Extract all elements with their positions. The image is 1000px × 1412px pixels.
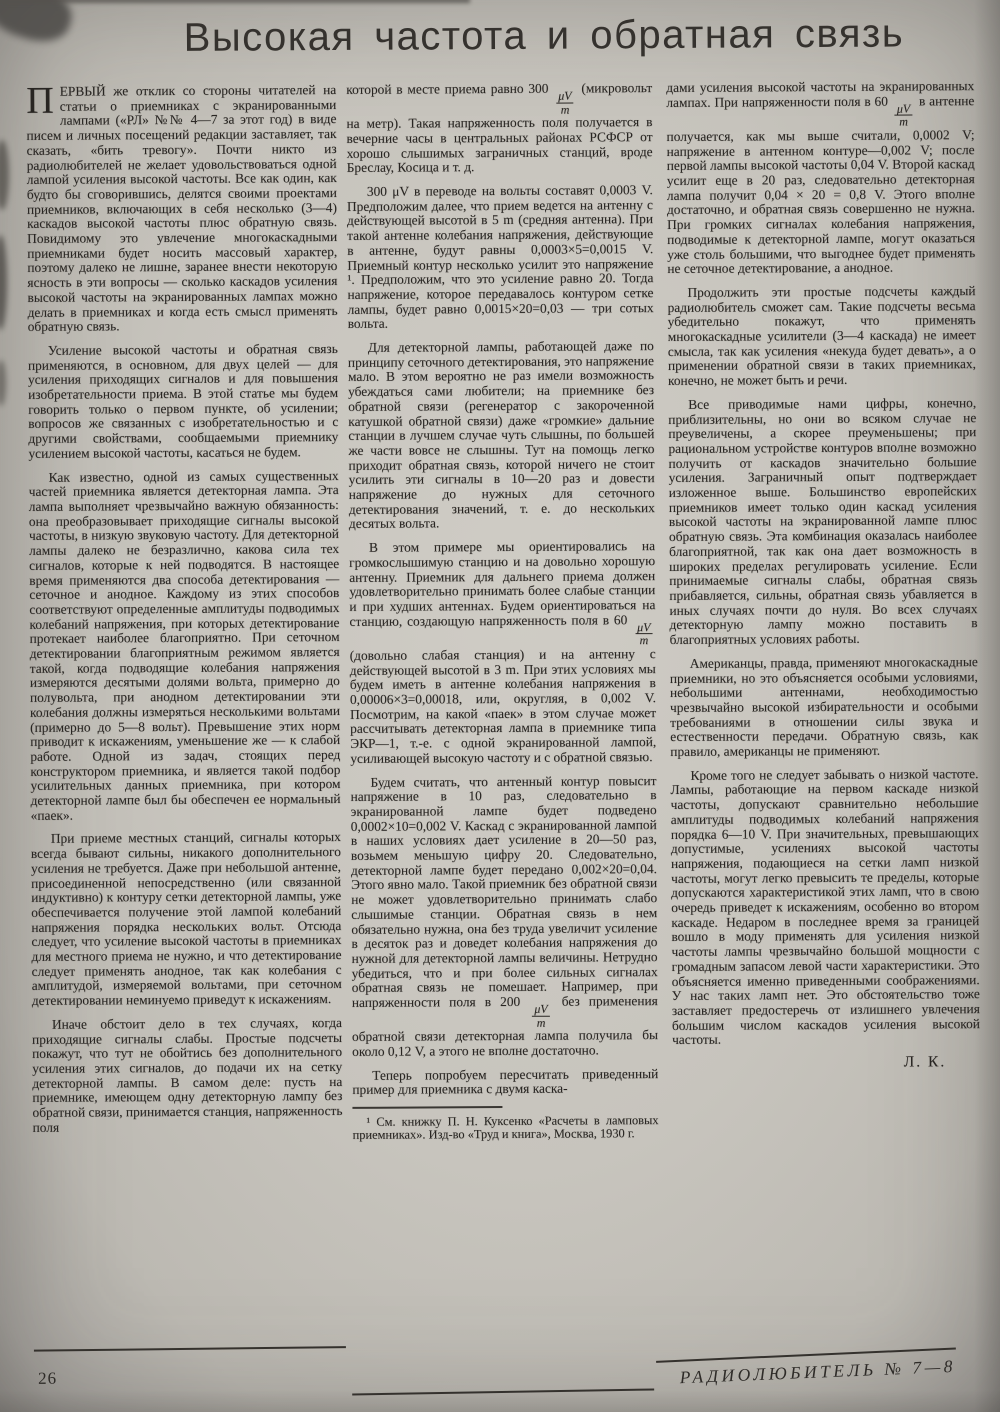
paragraph: В этом примере мы ориентировались на гро… xyxy=(349,539,656,766)
author-signature: Л. К. xyxy=(672,1055,980,1072)
footer-rule-left xyxy=(34,1346,346,1351)
column-2: которой в месте приема равно 300 μVm (ми… xyxy=(346,81,659,1152)
paragraph: Иначе обстоит дело в тех случаях, когда … xyxy=(32,1016,343,1136)
paragraph: 300 μV в переводе на вольты составят 0,0… xyxy=(347,183,654,332)
drop-cap: П xyxy=(26,85,60,116)
paragraph-text: ЕРВЫЙ же отклик со стороны читателей на … xyxy=(26,82,337,334)
microvolt-per-meter-fraction: μVm xyxy=(895,102,913,128)
microvolt-per-meter-fraction: μVm xyxy=(635,621,653,647)
microvolt-per-meter-fraction: μVm xyxy=(556,90,574,116)
paragraph: которой в месте приема равно 300 μVm (ми… xyxy=(346,81,653,176)
page-number: 26 xyxy=(38,1369,57,1389)
paragraph: Как известно, одной из самых существенны… xyxy=(29,469,341,824)
paragraph: Продолжить эти простые подсчеты каждый р… xyxy=(667,284,976,389)
paragraph: При приеме местных станций, сигналы кото… xyxy=(31,830,342,1008)
paragraph: Теперь попробуем пересчитать приведенный… xyxy=(352,1067,658,1098)
paragraph: Все приводимые нами цифры, конечно, приб… xyxy=(668,396,978,648)
paragraph: Кроме того не следует забывать о низкой … xyxy=(670,767,980,1048)
paragraph: дами усиления высокой частоты на экранир… xyxy=(666,79,975,277)
paragraph: Будем считать, что антенный контур повыс… xyxy=(350,774,658,1060)
opening-paragraph: ПЕРВЫЙ же отклик со стороны читателей на… xyxy=(26,83,338,335)
magazine-footer: РАДИОЛЮБИТЕЛЬ № 7—8 xyxy=(536,1356,957,1394)
article-title: Высокая частота и обратная связь xyxy=(124,11,964,61)
microvolt-per-meter-fraction: μVm xyxy=(532,1003,550,1029)
column-1: ПЕРВЫЙ же отклик со стороны читателей на… xyxy=(26,83,342,1144)
footnote-divider xyxy=(352,1106,502,1108)
column-3: дами усиления высокой частоты на экранир… xyxy=(666,79,980,1081)
page-content: Высокая частота и обратная связь ПЕРВЫЙ … xyxy=(0,0,1000,1412)
paragraph: Усиление высокой частоты и обратная связ… xyxy=(28,342,339,462)
footnote: ¹ См. книжку П. Н. Куксенко «Расчеты в л… xyxy=(352,1114,658,1144)
paragraph: Американцы, правда, применяют многокаска… xyxy=(670,655,979,760)
paragraph: Для детекторной лампы, работающей даже п… xyxy=(348,339,655,532)
scanned-magazine-page: Высокая частота и обратная связь ПЕРВЫЙ … xyxy=(0,0,1000,1412)
